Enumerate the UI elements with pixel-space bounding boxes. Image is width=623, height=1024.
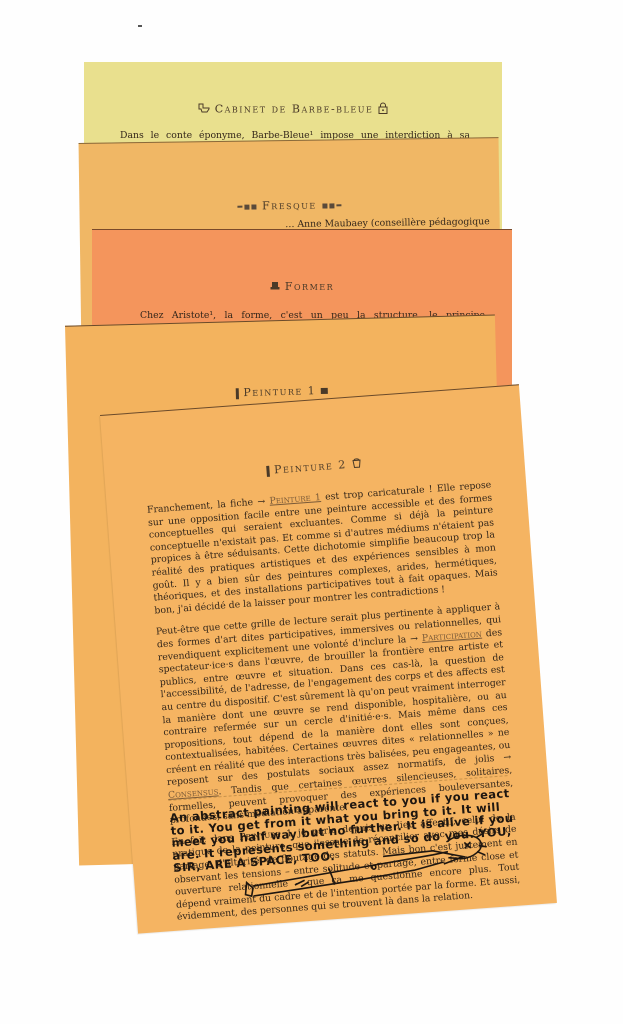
card-title: Former [92, 280, 512, 294]
square-icon [321, 388, 328, 394]
padlock-icon [378, 102, 388, 117]
bar-icon [266, 465, 270, 476]
paragraph-1: Franchement, la fiche → Peinture 1 est t… [147, 480, 499, 618]
card-title: Cabinet de Barbe-bleue [84, 102, 502, 117]
hat-icon [270, 281, 280, 294]
dust-speck [138, 25, 142, 27]
toilet-icon [198, 102, 210, 117]
squares-decoration-icon [322, 198, 343, 211]
paint-pot-icon [351, 457, 363, 472]
bar-icon [235, 388, 238, 399]
squares-decoration-icon [236, 199, 257, 212]
card-peinture-2: Peinture 2 Franchement, la fiche → Peint… [100, 384, 557, 933]
card-title: Fresque [79, 196, 499, 215]
